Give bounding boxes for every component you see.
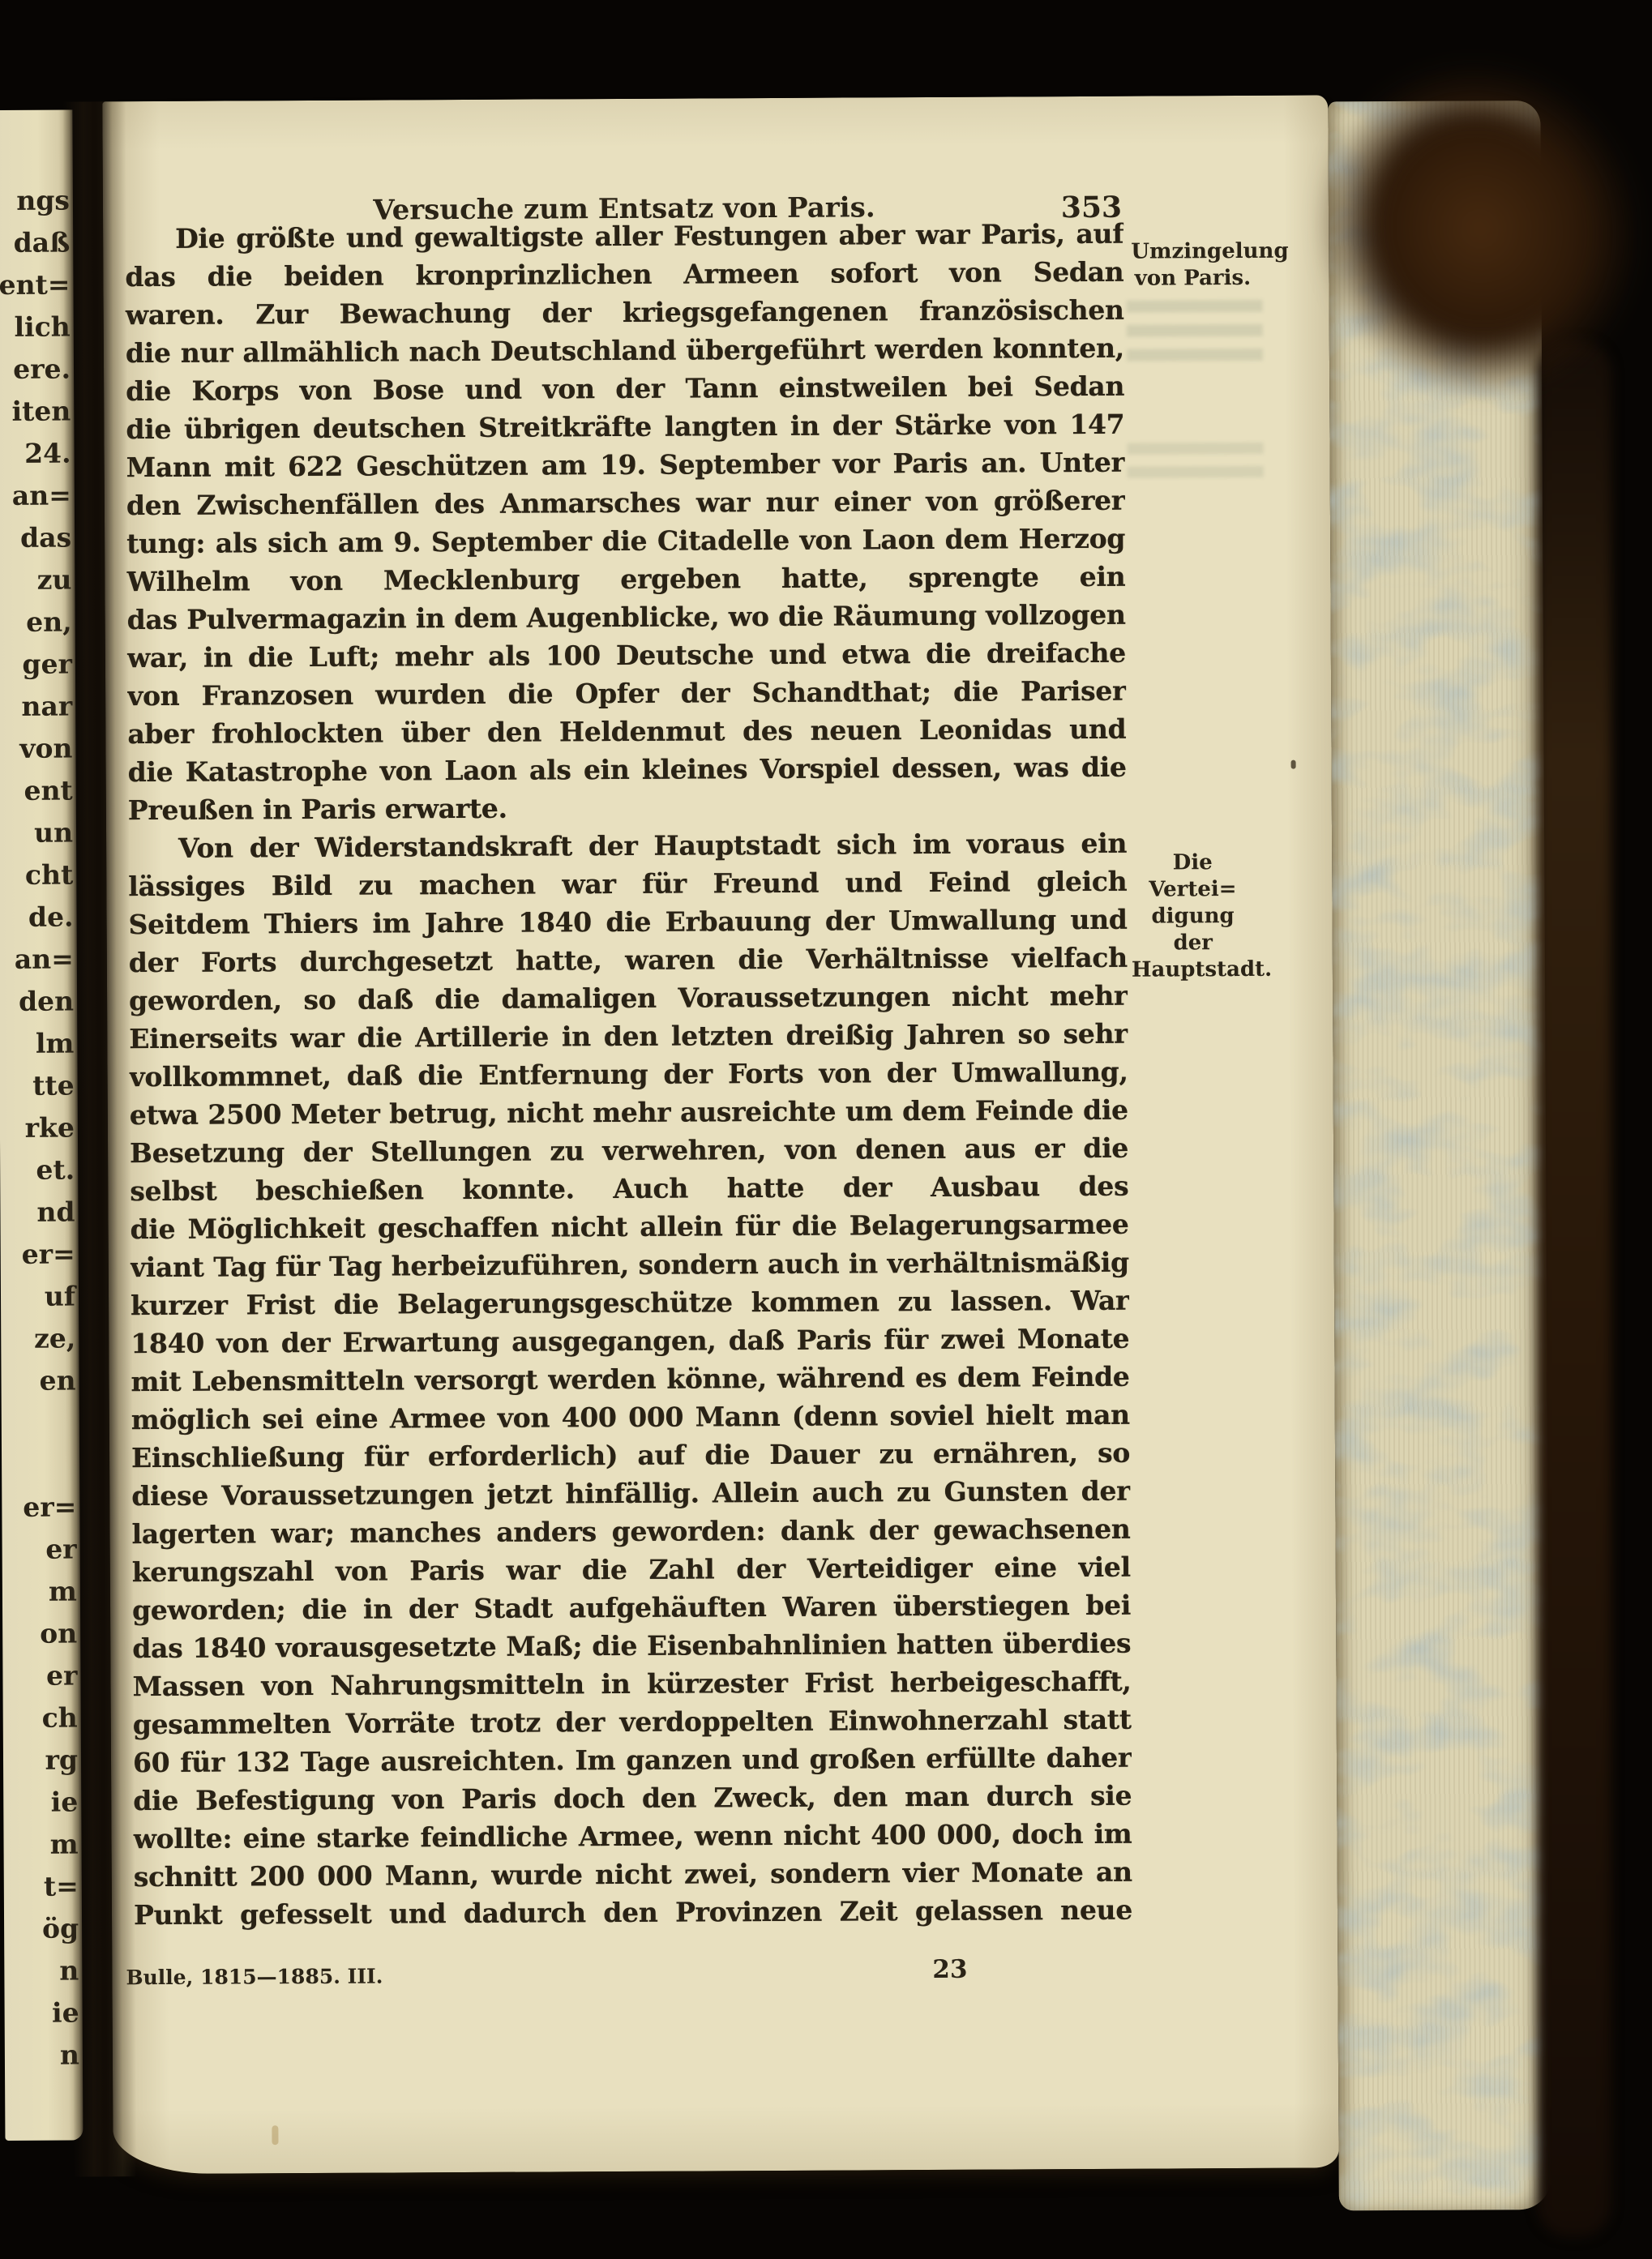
text-line: war, in die Luft; mehr als 100 Deutsche … bbox=[127, 634, 1126, 677]
text-fragment: nar bbox=[0, 686, 72, 728]
text-fragment: rke bbox=[0, 1107, 75, 1149]
text-fragment: an= bbox=[0, 939, 74, 981]
text-line: gesammelten Vorräte trotz der verdoppelt… bbox=[133, 1701, 1132, 1743]
text-fragment: von bbox=[0, 728, 73, 770]
text-fragment: nd bbox=[0, 1192, 75, 1234]
text-line: die nur allmählich nach Deutschland über… bbox=[126, 329, 1124, 372]
text-line: schnitt 200 000 Mann, wurde nicht zwei, … bbox=[134, 1853, 1132, 1896]
bleedthrough-ghost-text bbox=[1128, 443, 1264, 490]
text-line: Die größte und gewaltigste aller Festung… bbox=[125, 215, 1123, 258]
text-fragment: t= bbox=[4, 1866, 79, 1908]
text-fragment: cht bbox=[0, 854, 73, 896]
text-fragment: lich bbox=[0, 306, 71, 349]
text-line: etwa 2500 Meter betrug, nicht mehr ausre… bbox=[130, 1091, 1128, 1134]
text-fragment: an= bbox=[0, 475, 71, 517]
text-line: die Befestigung von Paris doch den Zweck… bbox=[133, 1777, 1132, 1820]
text-fragment: un bbox=[0, 812, 73, 854]
text-line: Einschließung für erforderlich) auf die … bbox=[131, 1434, 1130, 1477]
text-line: lagerten war; manches anders geworden: d… bbox=[131, 1510, 1130, 1553]
text-fragment: ch bbox=[3, 1697, 78, 1739]
text-fragment: er bbox=[2, 1655, 77, 1697]
text-line: möglich sei eine Armee von 400 000 Mann … bbox=[131, 1396, 1130, 1439]
text-line: Einerseits war die Artillerie in den let… bbox=[129, 1015, 1128, 1058]
sheet-number: 23 bbox=[932, 1955, 967, 1984]
text-line: Wilhelm von Mecklenburg ergeben hatte, s… bbox=[126, 558, 1125, 601]
text-line: Besetzung der Stellungen zu verwehren, v… bbox=[130, 1129, 1128, 1172]
text-line: das 1840 vorausgesetzte Maß; die Eisenba… bbox=[132, 1624, 1131, 1667]
bleedthrough-ghost-text bbox=[1127, 300, 1263, 369]
text-line: das Pulvermagazin in dem Augenblicke, wo… bbox=[127, 596, 1126, 639]
text-line: das die beiden kronprinzlichen Armeen so… bbox=[125, 253, 1123, 296]
text-line: die Korps von Bose und von der Tann eins… bbox=[126, 367, 1124, 410]
text-fragment: ie bbox=[3, 1782, 78, 1824]
text-line: die übrigen deutschen Streitkräfte langt… bbox=[126, 405, 1124, 448]
text-line: den Zwischenfällen des Anmarsches war nu… bbox=[126, 481, 1125, 524]
text-line: geworden; die in der Stadt aufgehäuften … bbox=[132, 1586, 1131, 1629]
text-line: geworden, so daß die damaligen Vorausset… bbox=[129, 977, 1128, 1020]
text-fragment: zu bbox=[0, 559, 72, 601]
margin-note-verteidigung: Die Vertei=digung derHauptstadt. bbox=[1131, 849, 1255, 984]
open-book: ngsdaßent=lichere.iten24.an=daszuen,gern… bbox=[0, 94, 1554, 2177]
text-fragment: lm bbox=[0, 1023, 75, 1065]
margin-note-line: Hauptstadt. bbox=[1132, 956, 1255, 984]
book-cover-edge bbox=[1537, 340, 1611, 2237]
text-line: Seitdem Thiers im Jahre 1840 die Erbauun… bbox=[128, 901, 1127, 943]
gutter-shadow bbox=[62, 101, 136, 2176]
text-line: der Forts durchgesetzt hatte, waren die … bbox=[129, 939, 1128, 982]
text-fragment: den bbox=[0, 981, 74, 1023]
text-line: kerungszahl von Paris war die Zahl der V… bbox=[132, 1548, 1131, 1591]
text-line: wollte: eine starke feindliche Armee, we… bbox=[133, 1815, 1132, 1858]
text-line: die Möglichkeit geschaffen nicht allein … bbox=[130, 1205, 1128, 1248]
text-fragment: tte bbox=[0, 1065, 75, 1107]
text-fragment: daß bbox=[0, 222, 70, 264]
text-line: lässiges Bild zu machen war für Freund u… bbox=[128, 862, 1127, 905]
foxing-speck bbox=[272, 2125, 278, 2145]
margin-note-line: digung der bbox=[1131, 903, 1254, 957]
text-fragment: m bbox=[2, 1571, 77, 1613]
text-line: waren. Zur Bewachung der kriegsgefangene… bbox=[126, 291, 1124, 334]
text-line: Massen von Nahrungsmitteln in kürzester … bbox=[132, 1662, 1131, 1705]
text-line: selbst beschießen konnte. Auch hatte der… bbox=[130, 1167, 1128, 1210]
text-fragment: et. bbox=[0, 1149, 75, 1192]
text-fragment: das bbox=[0, 517, 71, 559]
text-fragment: m bbox=[3, 1824, 78, 1866]
foxing-speck bbox=[1291, 760, 1296, 769]
text-line: die Katastrophe von Laon als ein kleines… bbox=[128, 748, 1127, 791]
book-scan: ngsdaßent=lichere.iten24.an=daszuen,gern… bbox=[0, 0, 1652, 2259]
text-fragment: ent bbox=[0, 770, 73, 812]
text-fragment: ent= bbox=[0, 264, 71, 306]
text-fragment: en bbox=[1, 1360, 75, 1402]
text-line: Punkt gefesselt und dadurch den Provinze… bbox=[134, 1891, 1132, 1934]
margin-note-umzingelung: Umzingelungvon Paris. bbox=[1131, 238, 1254, 293]
margin-note-line: von Paris. bbox=[1131, 265, 1254, 293]
text-fragment: iten bbox=[0, 391, 71, 433]
text-fragment: ngs bbox=[0, 180, 70, 222]
text-fragment: en, bbox=[0, 601, 72, 644]
text-line: 1840 von der Erwartung ausgegangen, daß … bbox=[131, 1320, 1129, 1363]
text-fragment: ie bbox=[5, 1992, 79, 2034]
text-line: vollkommnet, daß die Entfernung der Fort… bbox=[129, 1053, 1128, 1096]
footer-signature: Bulle, 1815—1885. III. bbox=[126, 1965, 383, 1990]
text-fragment: ger bbox=[0, 644, 72, 686]
text-line: aber frohlockten über den Heldenmut des … bbox=[127, 710, 1126, 753]
text-fragment: 24. bbox=[0, 433, 71, 475]
text-line: diese Voraussetzungen jetzt hinfällig. A… bbox=[131, 1472, 1130, 1515]
text-fragment: n bbox=[5, 2034, 79, 2077]
text-line: Von der Widerstandskraft der Hauptstadt … bbox=[128, 824, 1127, 867]
text-line: Preußen in Paris erwarte. bbox=[128, 786, 1127, 829]
text-line: mit Lebensmitteln versorgt werden könne,… bbox=[131, 1358, 1129, 1401]
text-fragment: er= bbox=[1, 1234, 75, 1276]
text-fragment: ög bbox=[4, 1908, 79, 1950]
text-fragment: uf bbox=[1, 1276, 75, 1318]
text-fragment: n bbox=[4, 1950, 79, 1992]
text-fragment: ere. bbox=[0, 349, 71, 391]
text-fragment: rg bbox=[3, 1739, 78, 1782]
text-fragment bbox=[2, 1444, 76, 1487]
body-text: Die größte und gewaltigste aller Festung… bbox=[125, 215, 1132, 1934]
text-fragment bbox=[2, 1402, 76, 1444]
text-line: Mann mit 622 Geschützen am 19. September… bbox=[126, 443, 1125, 486]
margin-note-line: Die Vertei= bbox=[1131, 849, 1254, 904]
right-page: Versuche zum Entsatz von Paris. 353 Die … bbox=[102, 95, 1338, 2174]
text-line: viant Tag für Tag herbeizuführen, sonder… bbox=[131, 1243, 1129, 1286]
margin-note-line: Umzingelung bbox=[1131, 238, 1254, 266]
text-line: tung: als sich am 9. September die Citad… bbox=[126, 520, 1125, 563]
text-line: kurzer Frist die Belagerungsgeschütze ko… bbox=[131, 1281, 1129, 1324]
text-fragment: on bbox=[2, 1613, 77, 1655]
text-fragment: de. bbox=[0, 896, 74, 939]
text-line: 60 für 132 Tage ausreichten. Im ganzen u… bbox=[133, 1739, 1132, 1782]
text-line: von Franzosen wurden die Opfer der Schan… bbox=[127, 672, 1126, 715]
text-fragment: er= bbox=[2, 1487, 76, 1529]
text-fragment: er bbox=[2, 1529, 77, 1571]
text-fragment: ze, bbox=[1, 1318, 75, 1360]
